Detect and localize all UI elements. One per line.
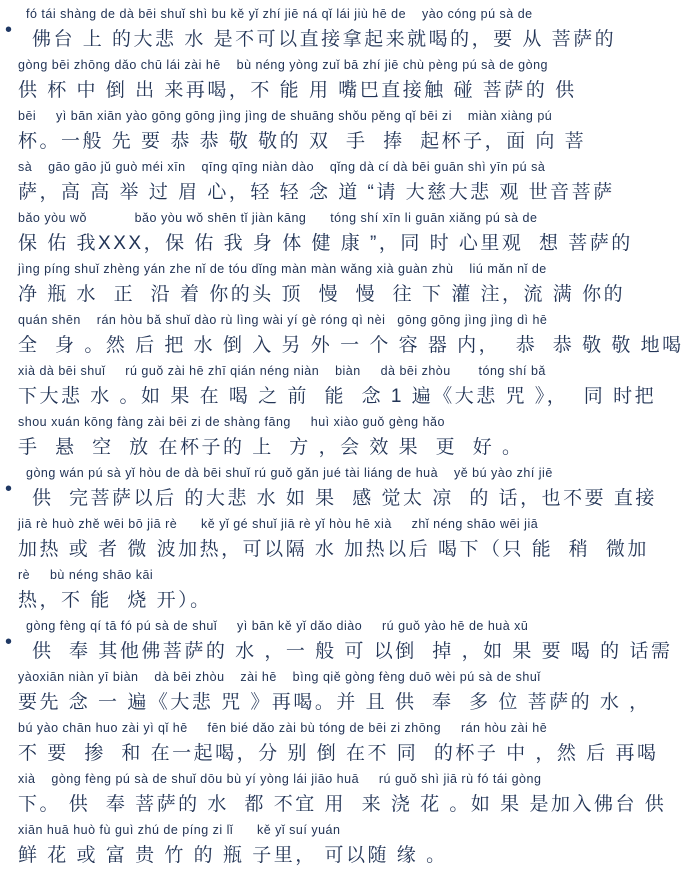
pinyin-line: jìng píng shuǐ zhèng yán zhe nǐ de tóu d… <box>18 260 694 278</box>
hanzi-line: 手 悬 空 放 在杯子的 上 方 ，会 效 果 更 好 。 <box>18 431 694 464</box>
document: •fó tái shàng de dà bēi shuǐ shì bu kě y… <box>0 0 696 872</box>
bullet-marker: • <box>5 20 12 40</box>
pinyin-line: gòng fèng qí tā fó pú sà de shuǐ yì bān … <box>18 617 694 635</box>
annotated-line: jìng píng shuǐ zhèng yán zhe nǐ de tóu d… <box>18 260 694 311</box>
hanzi-line: 全 身 。然 后 把 水 倒 入 另 外 一 个 容 器 内， 恭 恭 敬 敬 … <box>18 329 694 362</box>
pinyin-line: gòng wán pú sà yǐ hòu de dà bēi shuǐ rú … <box>18 464 694 482</box>
hanzi-line: 萨，高 高 举 过 眉 心，轻 轻 念 道 “请 大慈大悲 观 世音菩萨 <box>18 176 694 209</box>
hanzi-line: 下。 供 奉 菩萨的 水 都 不宜 用 来 浇 花 。如 果 是加入佛台 供 <box>18 788 694 821</box>
annotated-line: bēi yì bān xiān yào gōng gōng jìng jìng … <box>18 107 694 158</box>
annotated-line: jiā rè huò zhě wēi bō jiā rè kě yǐ gé sh… <box>18 515 694 566</box>
annotated-line: xià gòng fèng pú sà de shuǐ dōu bù yí yò… <box>18 770 694 821</box>
annotated-line: gòng wán pú sà yǐ hòu de dà bēi shuǐ rú … <box>18 464 694 515</box>
hanzi-line: 要先 念 一 遍《大悲 咒 》再喝。并 且 供 奉 多 位 菩萨的 水 ， <box>18 686 694 719</box>
bulleted-paragraph: •fó tái shàng de dà bēi shuǐ shì bu kě y… <box>10 5 694 464</box>
annotated-line: bǎo yòu wǒ bǎo yòu wǒ shēn tǐ jiàn kāng … <box>18 209 694 260</box>
bulleted-paragraph: •gòng fèng qí tā fó pú sà de shuǐ yì bān… <box>10 617 694 872</box>
pinyin-line: jiā rè huò zhě wēi bō jiā rè kě yǐ gé sh… <box>18 515 694 533</box>
pinyin-line: quán shēn rán hòu bǎ shuǐ dào rù lìng wà… <box>18 311 694 329</box>
pinyin-line: shou xuán kōng fàng zài bēi zi de shàng … <box>18 413 694 431</box>
hanzi-line: 净 瓶 水 正 沿 着 你的头 顶 慢 慢 往 下 灌 注，流 满 你的 <box>18 278 694 311</box>
annotated-line: bú yào chān huo zài yì qǐ hē fēn bié dǎo… <box>18 719 694 770</box>
pinyin-line: bú yào chān huo zài yì qǐ hē fēn bié dǎo… <box>18 719 694 737</box>
bullet-marker: • <box>5 632 12 652</box>
pinyin-line: fó tái shàng de dà bēi shuǐ shì bu kě yǐ… <box>18 5 694 23</box>
hanzi-line: 供 完菩萨以后 的大悲 水 如 果 感 觉太 凉 的 话，也不要 直接 <box>18 482 694 515</box>
pinyin-line: xiān huā huò fù guì zhú de píng zi lǐ kě… <box>18 821 694 839</box>
bullet-marker: • <box>5 479 12 499</box>
pinyin-line: bǎo yòu wǒ bǎo yòu wǒ shēn tǐ jiàn kāng … <box>18 209 694 227</box>
annotated-line: gòng bēi zhōng dǎo chū lái zài hē bù nén… <box>18 56 694 107</box>
pinyin-line: bēi yì bān xiān yào gōng gōng jìng jìng … <box>18 107 694 125</box>
pinyin-line: rè bù néng shāo kāi <box>18 566 694 584</box>
annotated-line: yàoxiān niàn yī biàn dà bēi zhòu zài hē … <box>18 668 694 719</box>
pinyin-line: yàoxiān niàn yī biàn dà bēi zhòu zài hē … <box>18 668 694 686</box>
annotated-line: xià dà bēi shuǐ rú guǒ zài hē zhī qián n… <box>18 362 694 413</box>
annotated-line: gòng fèng qí tā fó pú sà de shuǐ yì bān … <box>18 617 694 668</box>
hanzi-line: 佛台 上 的大悲 水 是不可以直接拿起来就喝的，要 从 菩萨的 <box>18 23 694 56</box>
annotated-line: xiān huā huò fù guì zhú de píng zi lǐ kě… <box>18 821 694 872</box>
hanzi-line: 杯。一般 先 要 恭 恭 敬 敬的 双 手 捧 起杯子，面 向 菩 <box>18 125 694 158</box>
bulleted-paragraph: •gòng wán pú sà yǐ hòu de dà bēi shuǐ rú… <box>10 464 694 617</box>
annotated-line: fó tái shàng de dà bēi shuǐ shì bu kě yǐ… <box>18 5 694 56</box>
pinyin-line: xià dà bēi shuǐ rú guǒ zài hē zhī qián n… <box>18 362 694 380</box>
annotated-line: rè bù néng shāo kāi热，不 能 烧 开）。 <box>18 566 694 617</box>
hanzi-line: 保 佑 我XXX，保 佑 我 身 体 健 康 ”，同 时 心里观 想 菩萨的 <box>18 227 694 260</box>
hanzi-line: 供 奉 其他佛菩萨的 水 ，一 般 可 以倒 掉 ，如 果 要 喝 的 话需 <box>18 635 694 668</box>
hanzi-line: 不 要 掺 和 在一起喝，分 别 倒 在不 同 的杯子 中 ，然 后 再喝 <box>18 737 694 770</box>
pinyin-line: xià gòng fèng pú sà de shuǐ dōu bù yí yò… <box>18 770 694 788</box>
hanzi-line: 热，不 能 烧 开）。 <box>18 584 694 617</box>
hanzi-line: 加热 或 者 微 波加热，可以隔 水 加热以后 喝下（只 能 稍 微加 <box>18 533 694 566</box>
annotated-line: shou xuán kōng fàng zài bēi zi de shàng … <box>18 413 694 464</box>
annotated-line: sà gāo gāo jǔ guò méi xīn qīng qīng niàn… <box>18 158 694 209</box>
pinyin-line: sà gāo gāo jǔ guò méi xīn qīng qīng niàn… <box>18 158 694 176</box>
hanzi-line: 下大悲 水 。如 果 在 喝 之 前 能 念 1 遍《大悲 咒 》， 同 时把 <box>18 380 694 413</box>
hanzi-line: 供 杯 中 倒 出 来再喝，不 能 用 嘴巴直接触 碰 菩萨的 供 <box>18 74 694 107</box>
pinyin-line: gòng bēi zhōng dǎo chū lái zài hē bù nén… <box>18 56 694 74</box>
annotated-line: quán shēn rán hòu bǎ shuǐ dào rù lìng wà… <box>18 311 694 362</box>
hanzi-line: 鲜 花 或 富 贵 竹 的 瓶 子里， 可以随 缘 。 <box>18 839 694 872</box>
